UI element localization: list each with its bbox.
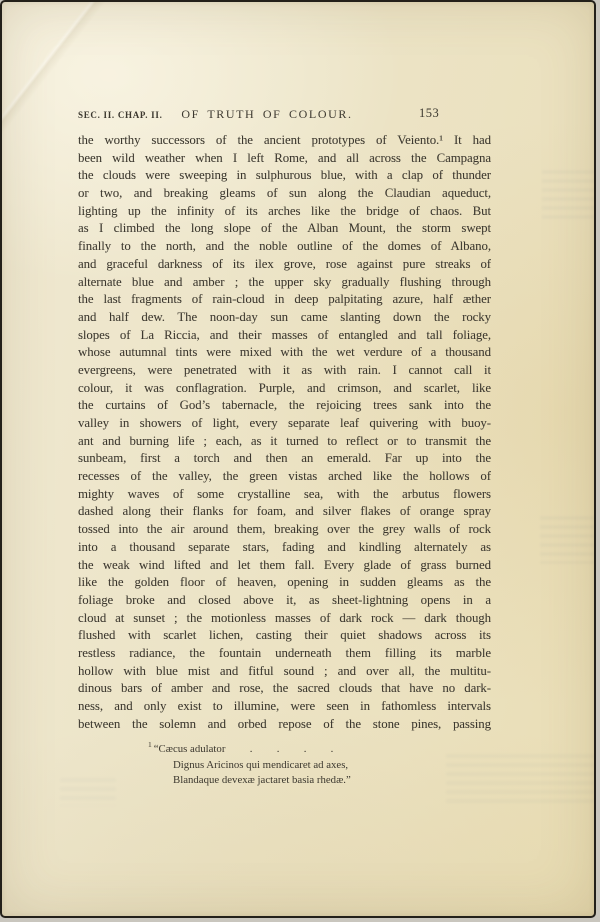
text-line: foliage broke and closed above it, as sh… (78, 592, 491, 610)
text-line: dashed along their flanks for foam, and … (78, 503, 491, 521)
text-line: the weak wind lifted and let them fall. … (78, 557, 491, 575)
showthrough-ghost (540, 516, 595, 564)
text-line: lighting up the infinity of its arches l… (78, 203, 491, 221)
footnote-line: Blandaque devexæ jactaret basia rhedæ.” (148, 773, 351, 789)
text-line: finally to the north, and the noble outl… (78, 238, 491, 256)
text-line: flushed with scarlet lichen, casting the… (78, 627, 491, 645)
showthrough-ghost (60, 778, 116, 806)
showthrough-ghost (542, 170, 594, 220)
text-line: ant and burning life ; each, as it turne… (78, 433, 491, 451)
text-line: mighty waves of some crystalline sea, wi… (78, 486, 491, 504)
text-line: or two, and breaking gleams of sun along… (78, 185, 491, 203)
text-line: like the golden floor of heaven, opening… (78, 574, 491, 592)
text-line: recesses of the valley, the green vistas… (78, 468, 491, 486)
footnote-line: 1“Cæcus adulator . . . . (148, 737, 351, 758)
text-line: the last fragments of rain-cloud in deep… (78, 291, 491, 309)
text-line: whose autumnal tints were mixed with the… (78, 344, 491, 362)
text-line: dinous bars of amber and rose, the sacre… (78, 680, 491, 698)
text-line: alternate blue and amber ; the upper sky… (78, 274, 491, 292)
scanned-book-page: SEC. II. CHAP. II. OF TRUTH OF COLOUR. 1… (0, 0, 596, 918)
text-line: between the solemn and orbed repose of t… (78, 716, 491, 734)
text-line: as I climbed the long slope of the Alban… (78, 220, 491, 238)
text-line: the clouds were sweeping in sulphurous b… (78, 167, 491, 185)
text-line: and graceful darkness of its ilex grove,… (78, 256, 491, 274)
footnote: 1“Cæcus adulator . . . . Dignus Aricinos… (148, 737, 351, 789)
text-line: and half dew. The noon-day sun came slan… (78, 309, 491, 327)
text-line: tossed into the air around them, breakin… (78, 521, 491, 539)
chapter-title: OF TRUTH OF COLOUR. (78, 107, 456, 122)
text-line: sunbeam, first a torch and then an emera… (78, 450, 491, 468)
text-line: colour, it was conflagration. Purple, an… (78, 380, 491, 398)
showthrough-ghost (446, 754, 594, 808)
text-line: been wild weather when I left Rome, and … (78, 150, 491, 168)
text-line: hollow with blue mist and fitful sound ;… (78, 663, 491, 681)
running-head: SEC. II. CHAP. II. OF TRUTH OF COLOUR. 1… (78, 106, 491, 124)
text-line: slopes of La Riccia, and their masses of… (78, 327, 491, 345)
text-line: ness, and only exist to illumine, were s… (78, 698, 491, 716)
text-line: cloud at sunset ; the motionless masses … (78, 610, 491, 628)
text-line: evergreens, were penetrated with it as w… (78, 362, 491, 380)
footnote-line: Dignus Aricinos qui mendicaret ad axes, (148, 758, 351, 774)
text-line: the worthy successors of the ancient pro… (78, 132, 491, 150)
body-text: the worthy successors of the ancient pro… (78, 132, 491, 733)
text-line: restless radiance, the fountain undernea… (78, 645, 491, 663)
text-line: into a thousand separate stars, fading a… (78, 539, 491, 557)
footnote-text: “Cæcus adulator . . . . (154, 743, 334, 755)
text-line: the curtains of God’s tabernacle, the re… (78, 397, 491, 415)
page-number: 153 (419, 106, 439, 121)
text-line: valley in showers of light, every separa… (78, 415, 491, 433)
